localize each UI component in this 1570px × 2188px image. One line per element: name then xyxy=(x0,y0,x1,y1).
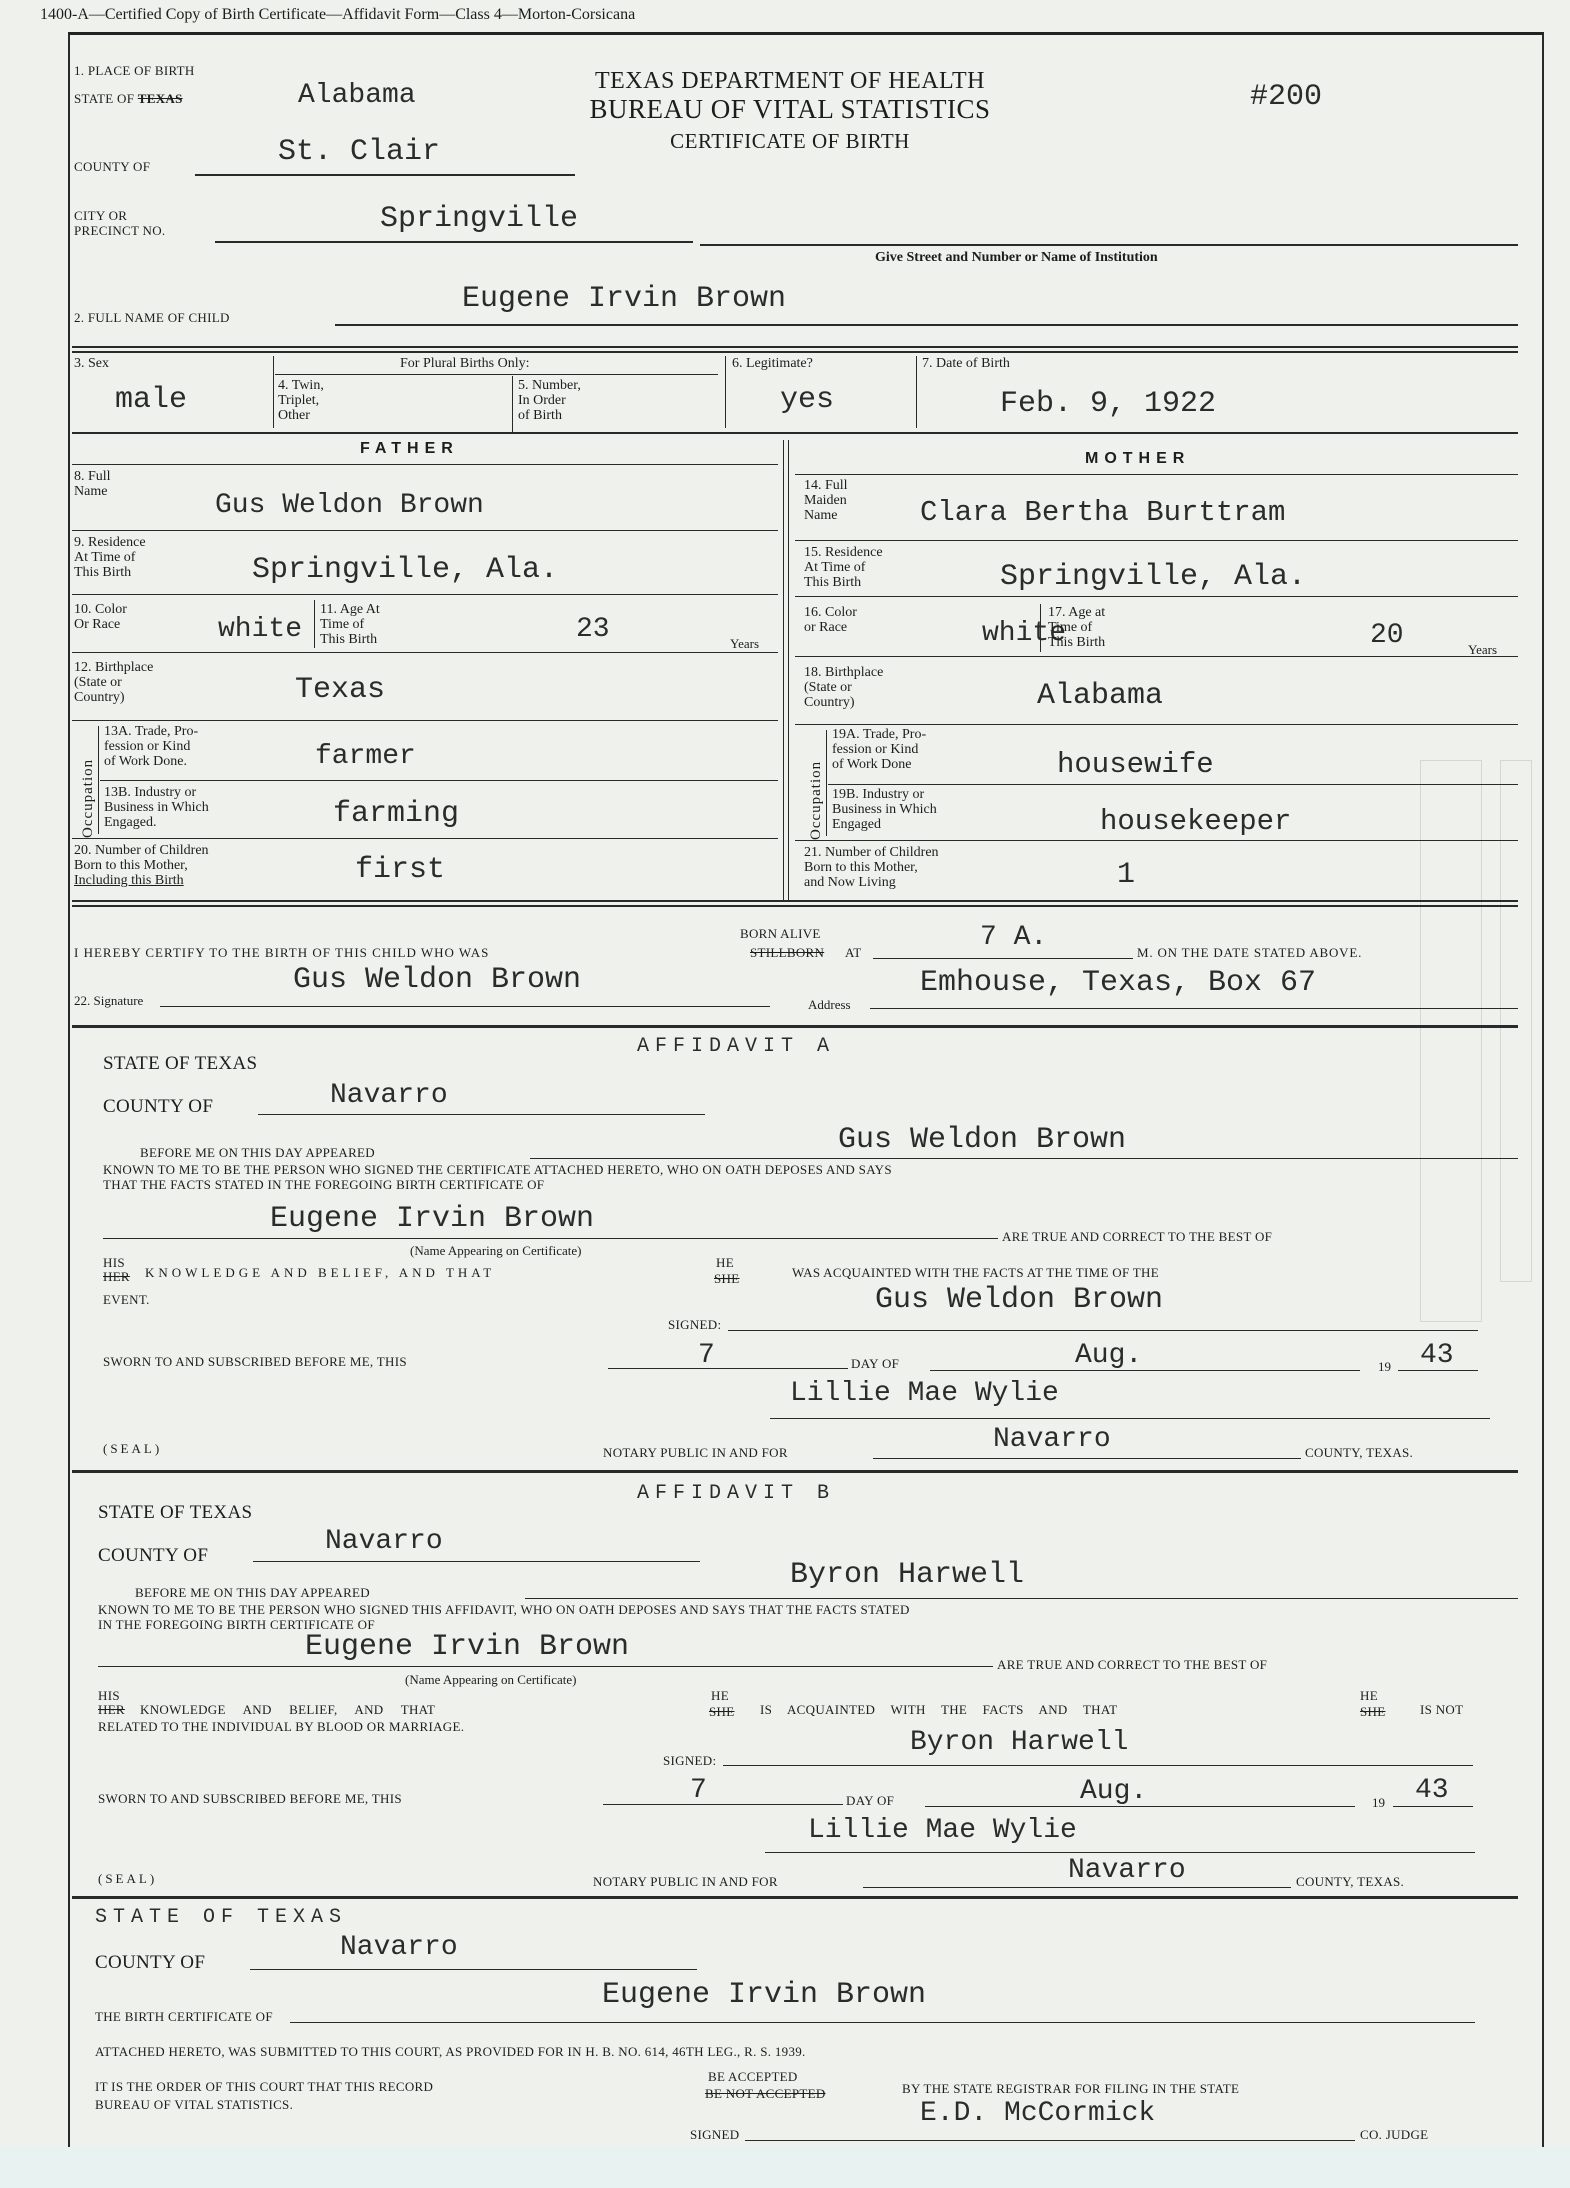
day-line xyxy=(608,1368,848,1369)
place-of-birth-label: 1. PLACE OF BIRTH xyxy=(74,64,195,78)
dob-value: Feb. 9, 1922 xyxy=(1000,387,1216,421)
be-not-accepted-struck: BE NOT ACCEPTED xyxy=(705,2087,826,2101)
affidavit-a-county-value: Navarro xyxy=(330,1080,448,1111)
sworn-label: SWORN TO AND SUBSCRIBED BEFORE ME, THIS xyxy=(98,1792,402,1806)
be-accepted-text: BE ACCEPTED xyxy=(708,2070,798,2084)
divider xyxy=(72,530,778,531)
legitimate-value: yes xyxy=(780,383,834,417)
city-label-2: PRECINCT NO. xyxy=(74,224,165,238)
judge-line xyxy=(745,2140,1355,2141)
divider xyxy=(916,356,917,428)
county-line xyxy=(258,1114,705,1115)
certificate-frame xyxy=(68,32,1544,2147)
divider xyxy=(788,440,789,900)
county-line xyxy=(253,1561,700,1562)
mother-color-label: 16. Coloror Race xyxy=(804,605,857,635)
divider xyxy=(72,1025,1518,1028)
affidavit-a-known-line-2: THAT THE FACTS STATED IN THE FOREGOING B… xyxy=(103,1178,544,1192)
day-of-label: DAY OF xyxy=(851,1357,899,1371)
at-label: AT xyxy=(845,946,862,960)
affidavit-a-known-line-1: KNOWN TO ME TO BE THE PERSON WHO SIGNED … xyxy=(103,1163,892,1177)
father-trade-label: 13A. Trade, Pro-fession or Kindof Work D… xyxy=(104,724,198,769)
full-name-label: 2. FULL NAME OF CHILD xyxy=(74,311,230,325)
full-name-line xyxy=(335,324,1518,326)
father-birthplace-label: 12. Birthplace(State orCountry) xyxy=(74,660,153,705)
divider xyxy=(783,440,784,900)
mother-occupation-label: Occupation xyxy=(808,761,825,840)
certificate-number: #200 xyxy=(1250,80,1322,114)
county-texas-label: COUNTY, TEXAS. xyxy=(1305,1446,1413,1460)
city-label-1: CITY OR xyxy=(74,209,127,223)
judge-signature: E.D. McCormick xyxy=(920,2098,1155,2129)
birth-county-value: St. Clair xyxy=(278,135,440,169)
related-text: RELATED TO THE INDIVIDUAL BY BLOOD OR MA… xyxy=(98,1720,464,1734)
she-struck: SHE xyxy=(709,1705,734,1719)
birth-city-value: Springville xyxy=(380,202,578,236)
he-label: HE xyxy=(711,1689,729,1703)
address-value: Emhouse, Texas, Box 67 xyxy=(920,966,1316,1000)
affidavit-a-child-name: Eugene Irvin Brown xyxy=(270,1202,594,1236)
divider xyxy=(795,540,1518,541)
divider xyxy=(828,784,1518,785)
street-caption: Give Street and Number or Name of Instit… xyxy=(875,250,1158,265)
divider xyxy=(795,596,1518,597)
her-struck: HER xyxy=(98,1703,125,1717)
signature-value: Gus Weldon Brown xyxy=(293,963,581,997)
father-industry-value: farming xyxy=(333,797,459,831)
mother-birthplace-value: Alabama xyxy=(1037,679,1163,713)
court-order-text-end: BY THE STATE REGISTRAR FOR FILING IN THE… xyxy=(902,2082,1239,2096)
affidavit-b-state: STATE OF TEXAS xyxy=(98,1502,252,1524)
court-county-value: Navarro xyxy=(340,1932,458,1963)
divider xyxy=(1040,604,1041,652)
agency-line-1: TEXAS DEPARTMENT OF HEALTH xyxy=(520,68,1060,95)
acquainted-text: IS ACQUAINTED WITH THE FACTS AND THAT xyxy=(760,1703,1117,1717)
born-alive-label: BORN ALIVE xyxy=(740,927,821,941)
he-label: HE xyxy=(716,1256,734,1270)
mother-age-label: 17. Age atTime ofThis Birth xyxy=(1048,605,1105,650)
knowledge-text: KNOWLEDGE AND BELIEF, AND THAT xyxy=(140,1703,435,1717)
divider xyxy=(72,838,778,839)
divider xyxy=(273,356,274,428)
court-bureau-text: BUREAU OF VITAL STATISTICS. xyxy=(95,2098,293,2112)
divider xyxy=(100,780,778,781)
she-struck-2: SHE xyxy=(1360,1705,1385,1719)
notary-line xyxy=(765,1852,1475,1853)
certify-text: I HEREBY CERTIFY TO THE BIRTH OF THIS CH… xyxy=(74,946,489,960)
dob-label: 7. Date of Birth xyxy=(922,356,1010,371)
divider xyxy=(72,905,1518,907)
signature-label: 22. Signature xyxy=(74,994,143,1008)
divider xyxy=(795,840,1518,841)
appeared-line xyxy=(525,1598,1518,1599)
affidavit-b-notary-name: Lillie Mae Wylie xyxy=(808,1815,1077,1846)
divider xyxy=(72,1470,1518,1473)
child-name-line xyxy=(103,1238,998,1239)
birth-time-value: 7 A. xyxy=(980,922,1047,953)
mother-children-label: 21. Number of ChildrenBorn to this Mothe… xyxy=(804,845,939,890)
sex-value: male xyxy=(115,383,187,417)
divider xyxy=(826,730,827,836)
affidavit-a-notary-county: Navarro xyxy=(993,1424,1111,1455)
mother-trade-value: housewife xyxy=(1057,748,1214,781)
year-prefix: 19 xyxy=(1372,1796,1385,1810)
affidavit-a-year-value: 43 xyxy=(1420,1340,1454,1371)
divider xyxy=(795,474,1518,475)
affidavit-b-appeared-value: Byron Harwell xyxy=(790,1558,1024,1592)
affidavit-a-title: AFFIDAVIT A xyxy=(637,1035,835,1058)
notary-line xyxy=(770,1418,1490,1419)
affidavit-a-appeared-value: Gus Weldon Brown xyxy=(838,1123,1126,1157)
his-label: HIS xyxy=(98,1689,120,1703)
mother-children-value: 1 xyxy=(1117,858,1135,892)
affidavit-b-signed-value: Byron Harwell xyxy=(910,1727,1128,1758)
divider xyxy=(72,432,1518,434)
acquainted-text: WAS ACQUAINTED WITH THE FACTS AT THE TIM… xyxy=(792,1266,1159,1280)
mother-trade-label: 19A. Trade, Pro-fession or Kindof Work D… xyxy=(832,727,926,772)
signed-label: SIGNED: xyxy=(668,1318,721,1332)
county-line xyxy=(195,174,575,176)
mother-name-label: 14. FullMaidenName xyxy=(804,478,848,523)
scan-background-strip xyxy=(0,2146,1570,2188)
father-name-label: 8. FullName xyxy=(74,469,111,499)
affidavit-b-year-value: 43 xyxy=(1415,1775,1449,1806)
name-caption: (Name Appearing on Certificate) xyxy=(410,1244,581,1258)
is-not-text: IS NOT xyxy=(1420,1703,1463,1717)
court-attached-text: ATTACHED HERETO, WAS SUBMITTED TO THIS C… xyxy=(95,2045,806,2059)
affidavit-a-notary-name: Lillie Mae Wylie xyxy=(790,1378,1059,1409)
city-line xyxy=(215,241,693,243)
father-age-value: 23 xyxy=(576,614,610,645)
child-name-line xyxy=(98,1666,993,1667)
signed-label: SIGNED: xyxy=(663,1754,716,1768)
court-state: STATE OF TEXAS xyxy=(95,1906,347,1929)
county-of-label: COUNTY OF xyxy=(74,160,150,174)
appeared-label: BEFORE ME ON THIS DAY APPEARED xyxy=(140,1146,375,1160)
affidavit-a-state: STATE OF TEXAS xyxy=(103,1053,257,1075)
affidavit-b-title: AFFIDAVIT B xyxy=(637,1482,835,1505)
court-cert-label: THE BIRTH CERTIFICATE OF xyxy=(95,2010,273,2024)
event-label: EVENT. xyxy=(103,1293,150,1307)
mother-birthplace-label: 18. Birthplace(State orCountry) xyxy=(804,665,883,710)
divider xyxy=(795,724,1518,725)
father-industry-label: 13B. Industry orBusiness in WhichEngaged… xyxy=(104,785,209,830)
her-struck: HER xyxy=(103,1270,130,1284)
county-texas-label: COUNTY, TEXAS. xyxy=(1296,1875,1404,1889)
affidavit-a-signed-value: Gus Weldon Brown xyxy=(875,1283,1163,1317)
year-prefix: 19 xyxy=(1378,1360,1391,1374)
father-children-value: first xyxy=(355,853,445,887)
legitimate-label: 6. Legitimate? xyxy=(732,356,813,371)
court-order-text: IT IS THE ORDER OF THIS COURT THAT THIS … xyxy=(95,2080,433,2094)
court-county-label: COUNTY OF xyxy=(95,1952,205,1974)
divider xyxy=(725,356,726,428)
father-residence-label: 9. ResidenceAt Time ofThis Birth xyxy=(74,535,146,580)
affidavit-a-county-label: COUNTY OF xyxy=(103,1096,213,1118)
father-years-label: Years xyxy=(730,637,759,651)
name-caption: (Name Appearing on Certificate) xyxy=(405,1673,576,1687)
knowledge-text: KNOWLEDGE AND BELIEF, AND THAT xyxy=(145,1266,495,1280)
affidavit-b-known-line-1: KNOWN TO ME TO BE THE PERSON WHO SIGNED … xyxy=(98,1603,910,1617)
mother-residence-label: 15. ResidenceAt Time ofThis Birth xyxy=(804,545,883,590)
court-child-name: Eugene Irvin Brown xyxy=(602,1978,926,2012)
father-occupation-label: Occupation xyxy=(80,759,97,838)
mother-name-value: Clara Bertha Burttram xyxy=(920,496,1285,529)
affidavit-b-county-label: COUNTY OF xyxy=(98,1545,208,1567)
agency-line-3: CERTIFICATE OF BIRTH xyxy=(520,128,1060,155)
sex-label: 3. Sex xyxy=(74,356,109,371)
father-trade-value: farmer xyxy=(315,741,416,772)
father-birthplace-value: Texas xyxy=(295,673,385,707)
street-line xyxy=(700,244,1518,246)
county-line xyxy=(250,1969,697,1970)
stillborn-struck: STILLBORN xyxy=(750,946,824,960)
divider xyxy=(72,594,778,595)
he-label-2: HE xyxy=(1360,1689,1378,1703)
divider xyxy=(795,656,1518,657)
twin-label: 4. Twin,Triplet,Other xyxy=(278,378,324,423)
mother-industry-value: housekeeper xyxy=(1100,805,1291,838)
child-name-value: Eugene Irvin Brown xyxy=(462,282,786,316)
father-name-value: Gus Weldon Brown xyxy=(215,490,484,521)
she-struck: SHE xyxy=(714,1272,739,1286)
state-of-label: STATE OF TEXAS xyxy=(74,92,183,106)
day-line xyxy=(603,1804,843,1805)
divider xyxy=(512,376,513,432)
affidavit-b-month-value: Aug. xyxy=(1080,1776,1147,1807)
divider xyxy=(314,600,315,648)
affidavit-a-month-value: Aug. xyxy=(1075,1340,1142,1371)
divider xyxy=(72,346,1518,348)
mother-age-value: 20 xyxy=(1370,620,1404,651)
address-label: Address xyxy=(808,998,851,1012)
divider xyxy=(275,374,718,375)
true-correct-text: ARE TRUE AND CORRECT TO THE BEST OF xyxy=(997,1658,1267,1672)
father-heading: FATHER xyxy=(360,440,459,458)
birth-order-label: 5. Number,In Orderof Birth xyxy=(518,378,581,423)
judge-title: CO. JUDGE xyxy=(1360,2128,1428,2142)
father-color-value: white xyxy=(218,614,302,645)
notary-county-line xyxy=(873,1458,1301,1459)
seal-label: (SEAL) xyxy=(103,1442,162,1456)
affidavit-a-day-value: 7 xyxy=(698,1340,715,1371)
certify-text-end: M. ON THE DATE STATED ABOVE. xyxy=(1137,946,1362,960)
sworn-label: SWORN TO AND SUBSCRIBED BEFORE ME, THIS xyxy=(103,1355,407,1369)
father-color-label: 10. ColorOr Race xyxy=(74,602,127,632)
signed-line xyxy=(723,1765,1473,1766)
father-children-label: 20. Number of ChildrenBorn to this Mothe… xyxy=(74,843,209,888)
affidavit-b-notary-county: Navarro xyxy=(1068,1855,1186,1886)
mother-industry-label: 19B. Industry orBusiness in WhichEngaged xyxy=(832,787,937,832)
plural-births-label: For Plural Births Only: xyxy=(400,356,530,371)
seal-label: (SEAL) xyxy=(98,1872,157,1886)
father-age-label: 11. Age AtTime ofThis Birth xyxy=(320,602,380,647)
divider xyxy=(98,726,99,834)
affidavit-b-county-value: Navarro xyxy=(325,1526,443,1557)
affidavit-b-day-value: 7 xyxy=(690,1775,707,1806)
birth-state-value: Alabama xyxy=(298,80,416,111)
form-header: 1400-A—Certified Copy of Birth Certifica… xyxy=(40,6,635,24)
his-label: HIS xyxy=(103,1256,125,1270)
agency-line-2: BUREAU OF VITAL STATISTICS xyxy=(520,96,1060,123)
notary-county-line xyxy=(863,1887,1291,1888)
affidavit-b-child-name: Eugene Irvin Brown xyxy=(305,1630,629,1664)
mother-heading: MOTHER xyxy=(1085,450,1190,468)
child-name-line xyxy=(290,2022,1475,2023)
divider xyxy=(72,351,1518,353)
address-line xyxy=(870,1008,1518,1009)
notary-label: NOTARY PUBLIC IN AND FOR xyxy=(593,1875,778,1889)
time-line xyxy=(873,958,1133,959)
appeared-line xyxy=(530,1158,1518,1159)
divider xyxy=(72,900,1518,902)
day-of-label: DAY OF xyxy=(846,1794,894,1808)
father-residence-value: Springville, Ala. xyxy=(252,553,558,587)
mother-years-label: Years xyxy=(1468,643,1497,657)
appeared-label: BEFORE ME ON THIS DAY APPEARED xyxy=(135,1586,370,1600)
divider xyxy=(72,720,778,721)
notary-label: NOTARY PUBLIC IN AND FOR xyxy=(603,1446,788,1460)
divider xyxy=(72,464,778,465)
divider xyxy=(72,1896,1518,1899)
mother-residence-value: Springville, Ala. xyxy=(1000,560,1306,594)
true-correct-text: ARE TRUE AND CORRECT TO THE BEST OF xyxy=(1002,1230,1272,1244)
year-line xyxy=(1393,1806,1473,1807)
court-signed-label: SIGNED xyxy=(690,2128,739,2142)
divider xyxy=(72,652,778,653)
month-line xyxy=(930,1370,1360,1371)
signature-line xyxy=(160,1006,770,1007)
signed-line xyxy=(728,1330,1478,1331)
